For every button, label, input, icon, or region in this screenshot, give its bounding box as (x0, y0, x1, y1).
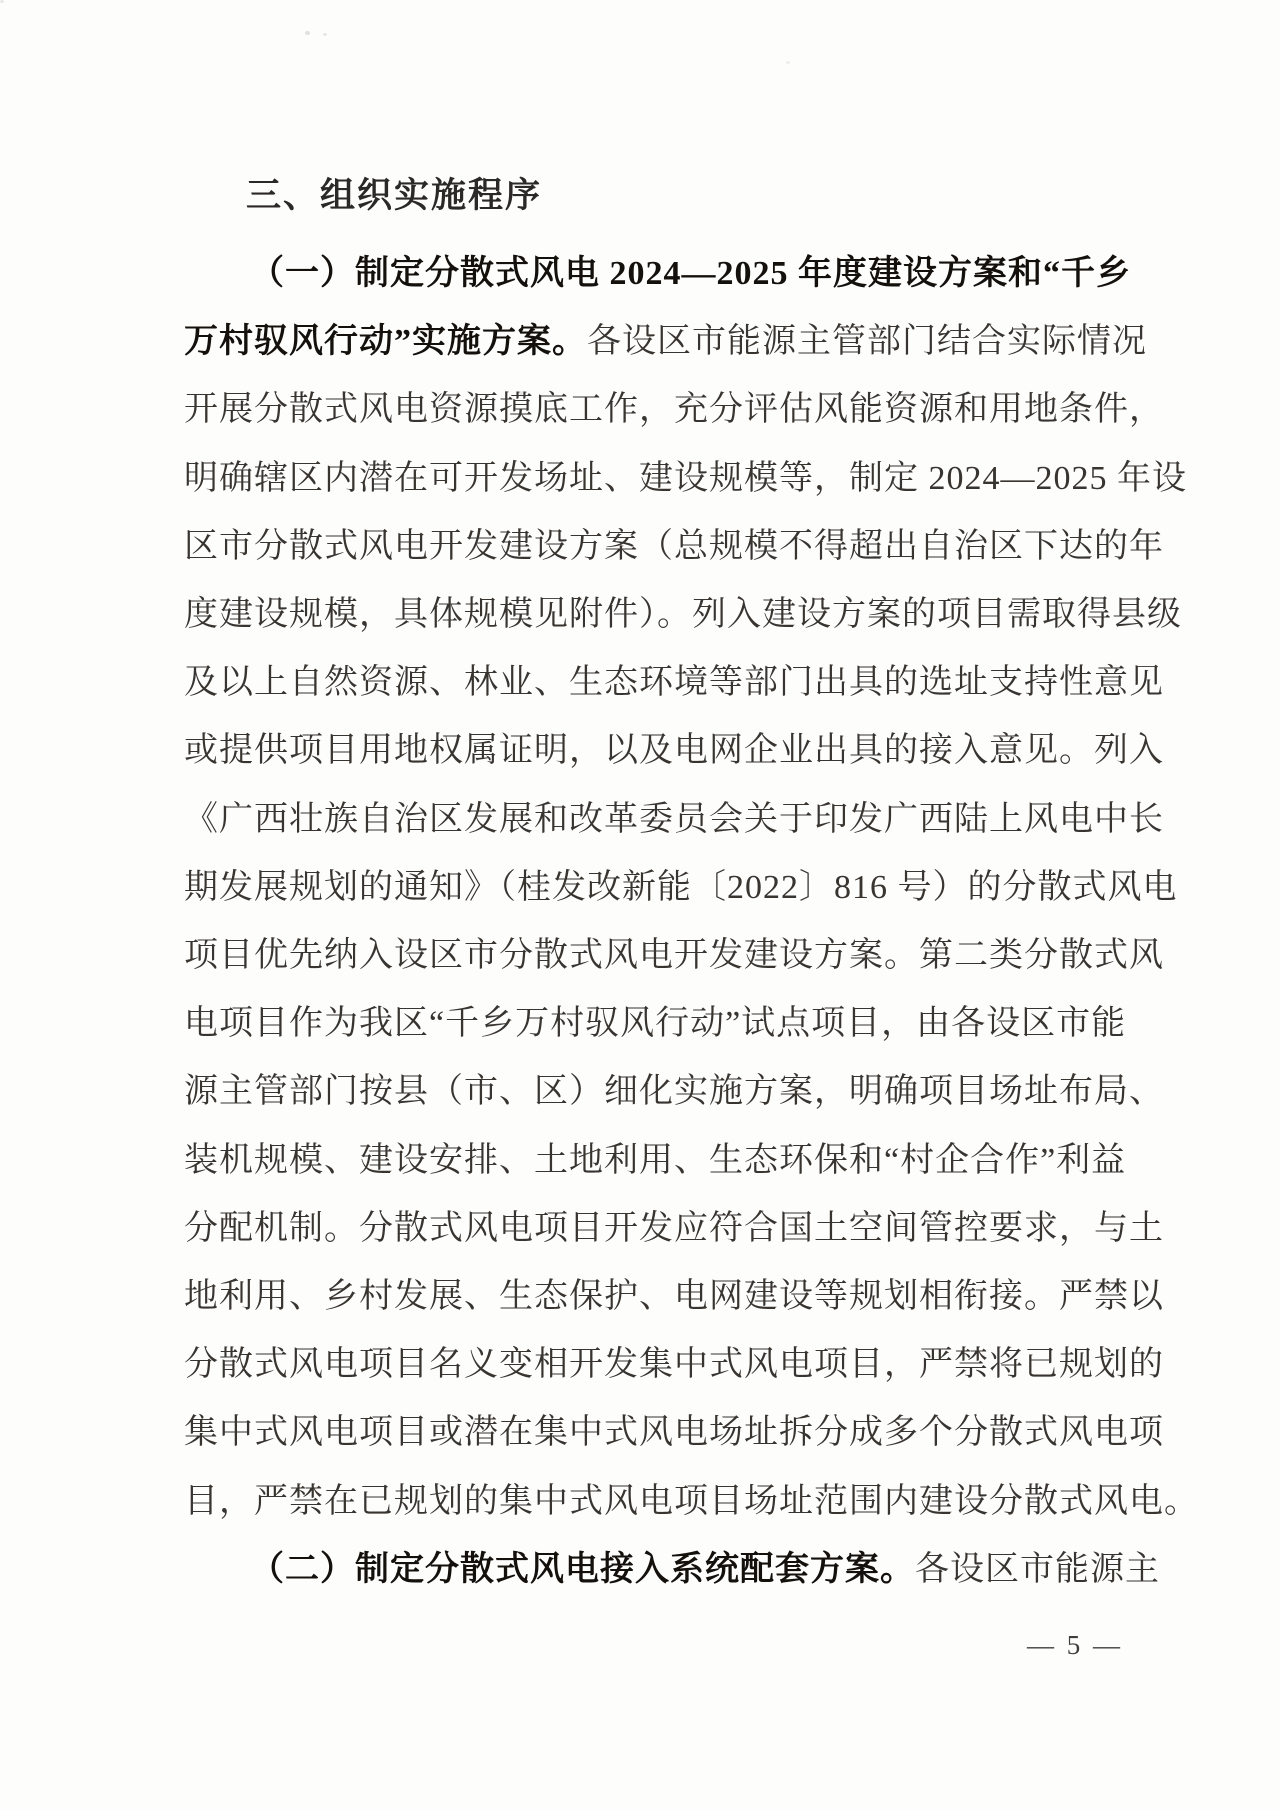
text-segment: 分配机制。分散式风电项目开发应符合国土空间管控要求，与土 (184, 1210, 1164, 1247)
text-line: 区市分散式风电开发建设方案（总规模不得超出自治区下达的年 (184, 513, 1156, 581)
bold-text-segment: （一）制定分散式风电 2024—2025 年度建设方案和“千乡 (250, 255, 1131, 292)
text-line: 明确辖区内潜在可开发场址、建设规模等，制定 2024—2025 年设 (184, 445, 1156, 513)
text-segment: 及以上自然资源、林业、生态环境等部门出具的选址支持性意见 (184, 664, 1164, 701)
scan-speck (323, 33, 327, 36)
text-segment: 电项目作为我区“千乡万村驭风行动”试点项目，由各设区市能 (184, 1005, 1126, 1042)
text-segment: 分散式风电项目名义变相开发集中式风电项目，严禁将已规划的 (184, 1346, 1164, 1383)
bold-text-segment: 万村驭风行动”实施方案。 (184, 323, 587, 360)
text-segment: 《广西壮族自治区发展和改革委员会关于印发广西陆上风电中长 (184, 801, 1164, 838)
document-page: 三、组织实施程序 （一）制定分散式风电 2024—2025 年度建设方案和“千乡… (0, 0, 1280, 1810)
text-segment: 装机规模、建设安排、土地利用、生态环保和“村企合作”利益 (184, 1142, 1126, 1179)
text-line: 度建设规模，具体规模见附件）。列入建设方案的项目需取得县级 (184, 581, 1156, 649)
text-line: 装机规模、建设安排、土地利用、生态环保和“村企合作”利益 (184, 1127, 1156, 1195)
text-line: 或提供项目用地权属证明，以及电网企业出具的接入意见。列入 (184, 717, 1156, 785)
section-heading: 三、组织实施程序 (246, 174, 542, 218)
scan-speck (305, 31, 310, 35)
text-segment: 开展分散式风电资源摸底工作，充分评估风能资源和用地条件， (184, 391, 1164, 428)
text-segment: 度建设规模，具体规模见附件）。列入建设方案的项目需取得县级 (184, 596, 1182, 633)
text-line: 《广西壮族自治区发展和改革委员会关于印发广西陆上风电中长 (184, 786, 1156, 854)
scan-speck (786, 61, 790, 64)
text-segment: 集中式风电项目或潜在集中式风电场址拆分成多个分散式风电项 (184, 1414, 1164, 1451)
text-line: 源主管部门按县（市、区）细化实施方案，明确项目场址布局、 (184, 1058, 1156, 1126)
text-line: （一）制定分散式风电 2024—2025 年度建设方案和“千乡 (184, 240, 1156, 308)
text-segment: 期发展规划的通知》（桂发改新能〔2022〕816 号）的分散式风电 (184, 869, 1178, 906)
scan-speck (0, 0, 4, 3)
text-line: 期发展规划的通知》（桂发改新能〔2022〕816 号）的分散式风电 (184, 854, 1156, 922)
text-line: 目，严禁在已规划的集中式风电项目场址范围内建设分散式风电。 (184, 1468, 1156, 1536)
text-segment: 地利用、乡村发展、生态保护、电网建设等规划相衔接。严禁以 (184, 1278, 1164, 1315)
paragraph-lines: （一）制定分散式风电 2024—2025 年度建设方案和“千乡万村驭风行动”实施… (184, 240, 1156, 1604)
text-segment: 源主管部门按县（市、区）细化实施方案，明确项目场址布局、 (184, 1073, 1164, 1110)
text-segment: 区市分散式风电开发建设方案（总规模不得超出自治区下达的年 (184, 528, 1164, 565)
text-segment: 或提供项目用地权属证明，以及电网企业出具的接入意见。列入 (184, 732, 1164, 769)
text-segment: 各设区市能源主 (915, 1551, 1160, 1588)
text-segment: 项目优先纳入设区市分散式风电开发建设方案。第二类分散式风 (184, 937, 1164, 974)
text-line: 分散式风电项目名义变相开发集中式风电项目，严禁将已规划的 (184, 1331, 1156, 1399)
page-number: — 5 — (995, 1630, 1155, 1661)
text-segment: 各设区市能源主管部门结合实际情况 (587, 323, 1147, 360)
text-segment: 目，严禁在已规划的集中式风电项目场址范围内建设分散式风电。 (184, 1483, 1199, 1520)
text-segment: 明确辖区内潜在可开发场址、建设规模等，制定 2024—2025 年设 (184, 460, 1187, 497)
bold-text-segment: （二）制定分散式风电接入系统配套方案。 (250, 1551, 915, 1588)
text-line: （二）制定分散式风电接入系统配套方案。各设区市能源主 (184, 1536, 1156, 1604)
text-line: 电项目作为我区“千乡万村驭风行动”试点项目，由各设区市能 (184, 990, 1156, 1058)
text-line: 开展分散式风电资源摸底工作，充分评估风能资源和用地条件， (184, 376, 1156, 444)
text-line: 集中式风电项目或潜在集中式风电场址拆分成多个分散式风电项 (184, 1399, 1156, 1467)
text-line: 分配机制。分散式风电项目开发应符合国土空间管控要求，与土 (184, 1195, 1156, 1263)
text-line: 地利用、乡村发展、生态保护、电网建设等规划相衔接。严禁以 (184, 1263, 1156, 1331)
text-line: 万村驭风行动”实施方案。各设区市能源主管部门结合实际情况 (184, 308, 1156, 376)
text-line: 项目优先纳入设区市分散式风电开发建设方案。第二类分散式风 (184, 922, 1156, 990)
text-line: 及以上自然资源、林业、生态环境等部门出具的选址支持性意见 (184, 649, 1156, 717)
